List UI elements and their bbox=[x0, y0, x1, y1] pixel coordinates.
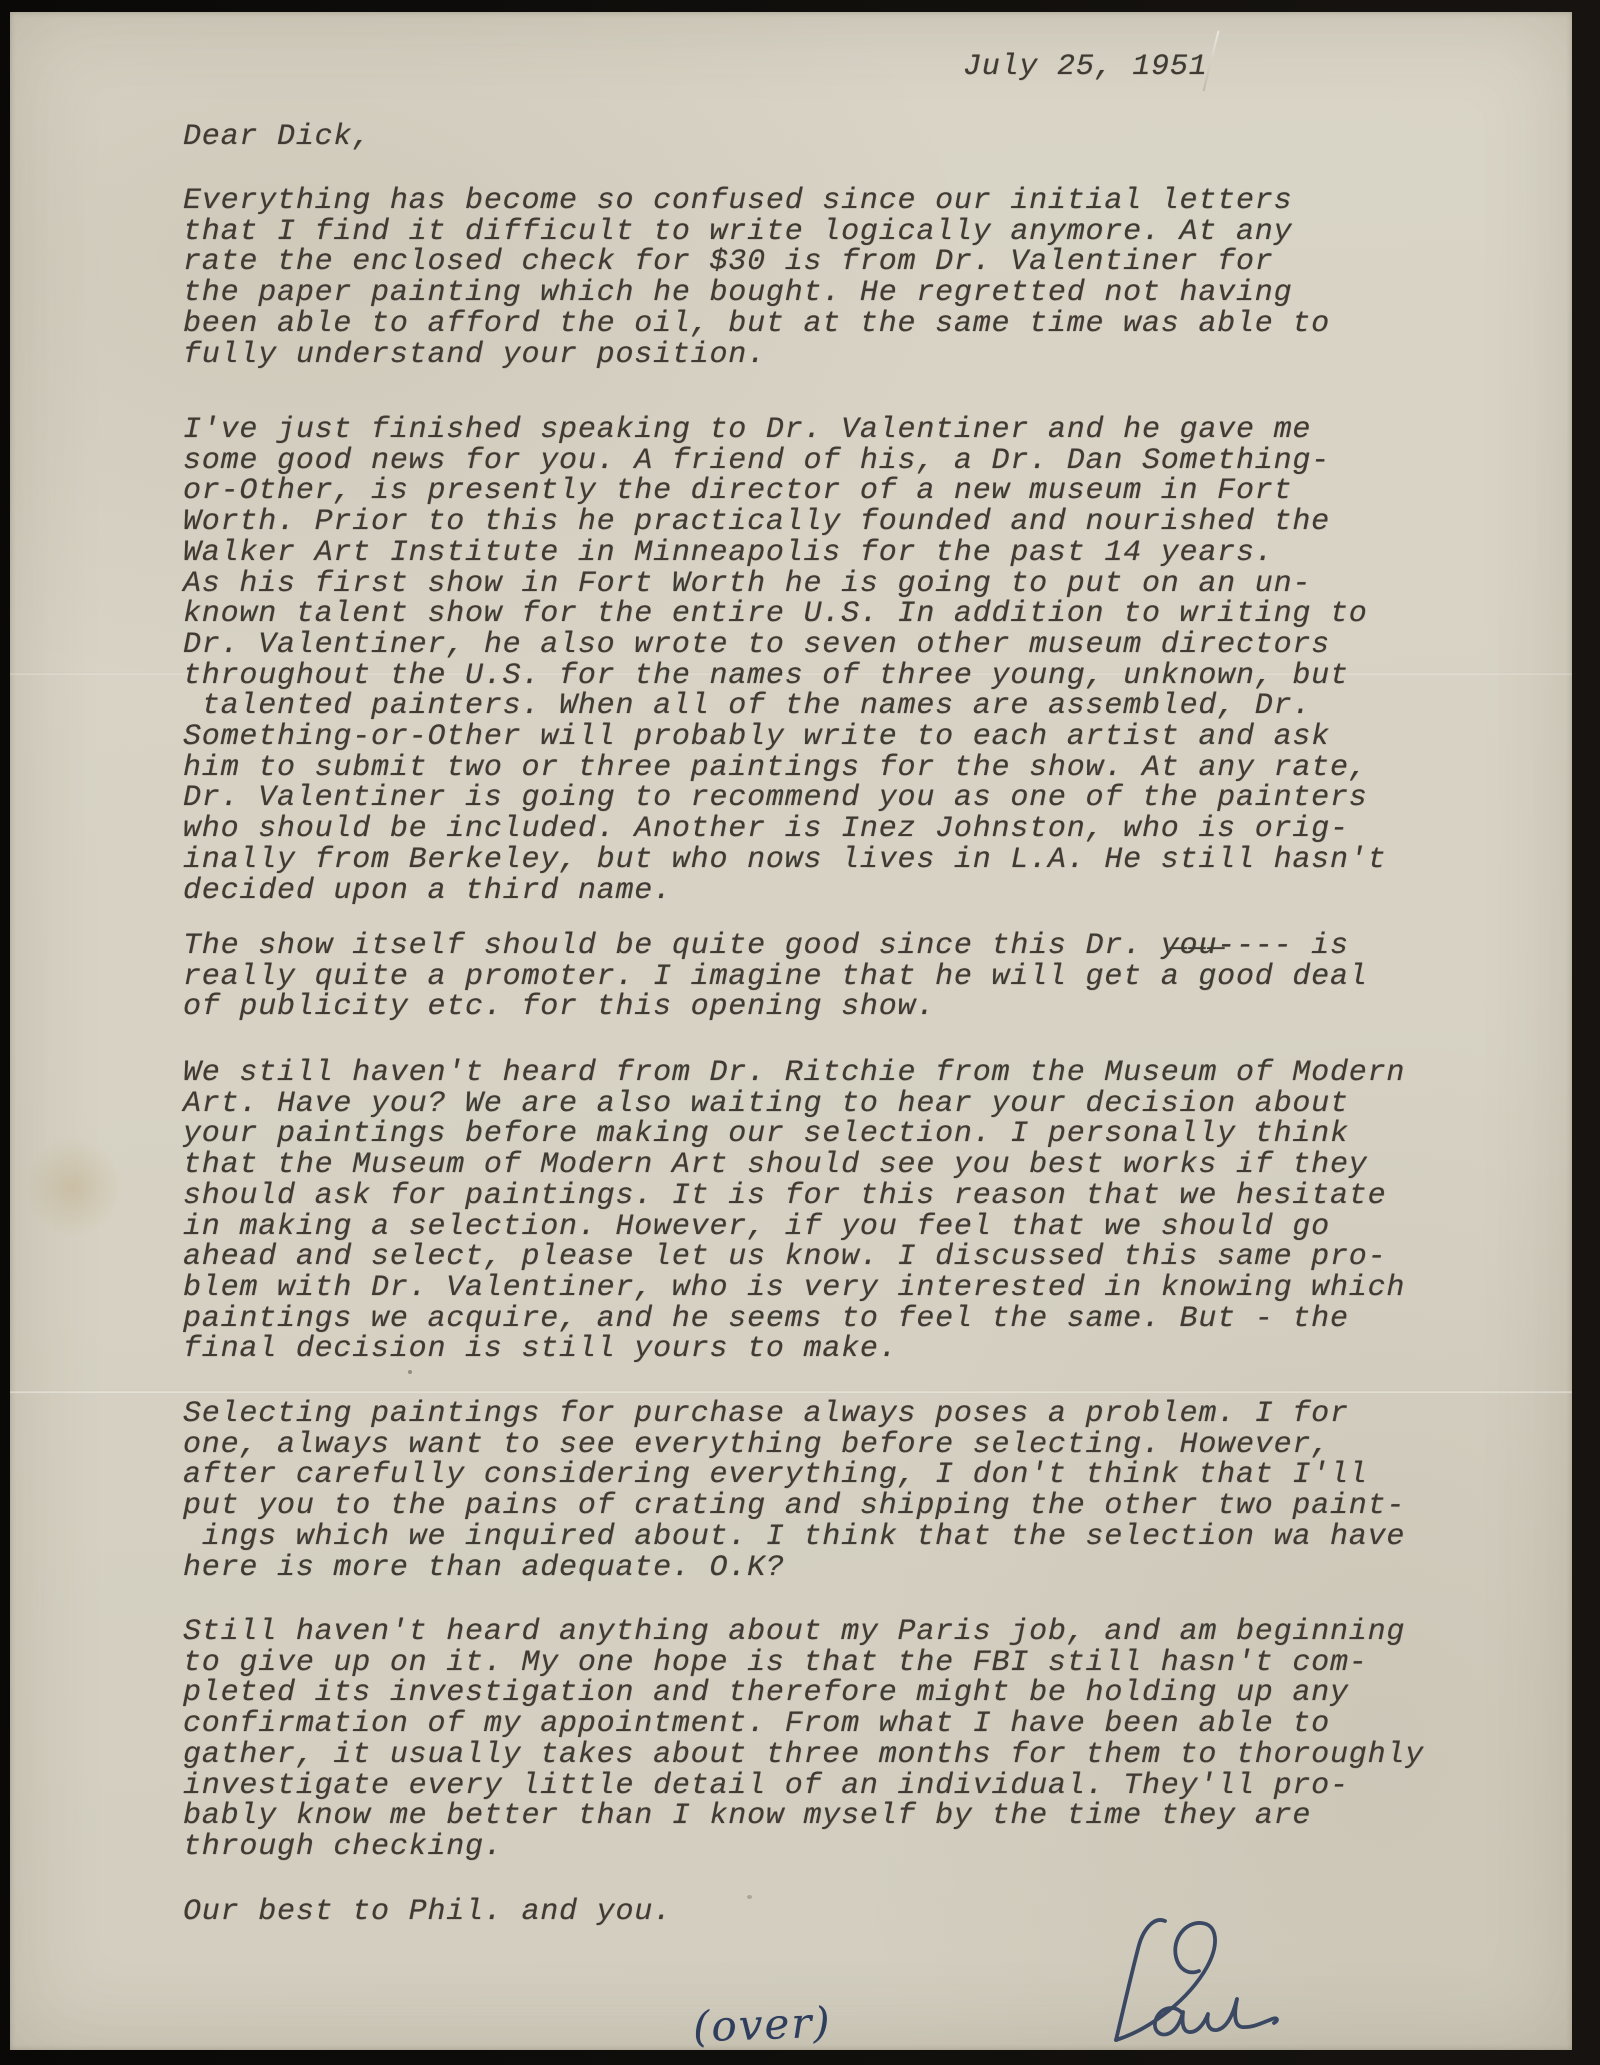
speck bbox=[408, 1370, 412, 1374]
paragraph-6: Still haven't heard anything about my Pa… bbox=[183, 1617, 1424, 1863]
paragraph-5: Selecting paintings for purchase always … bbox=[183, 1399, 1405, 1583]
signature-paul: Paul bbox=[975, 1887, 1285, 2055]
date-line: July 25, 1951 bbox=[963, 52, 1207, 83]
signature-ink-stroke bbox=[975, 1887, 1285, 2055]
closing-line: Our best to Phil. and you. bbox=[183, 1897, 672, 1928]
over-note: (over) bbox=[692, 1998, 832, 2052]
fold-crease-bottom bbox=[10, 1390, 1572, 1394]
paragraph-4: We still haven't heard from Dr. Ritchie … bbox=[183, 1058, 1405, 1365]
letter-page: July 25, 1951 Dear Dick, Everything has … bbox=[10, 12, 1572, 2050]
speck bbox=[747, 1895, 752, 1899]
paragraph-1: Everything has become so confused since … bbox=[183, 186, 1330, 370]
salutation: Dear Dick, bbox=[183, 122, 371, 153]
paragraph-3: The show itself should be quite good sin… bbox=[183, 931, 1368, 1023]
stain-spot bbox=[28, 1132, 118, 1242]
scan-background: July 25, 1951 Dear Dick, Everything has … bbox=[0, 0, 1600, 2065]
paragraph-2: I've just finished speaking to Dr. Valen… bbox=[183, 415, 1386, 906]
